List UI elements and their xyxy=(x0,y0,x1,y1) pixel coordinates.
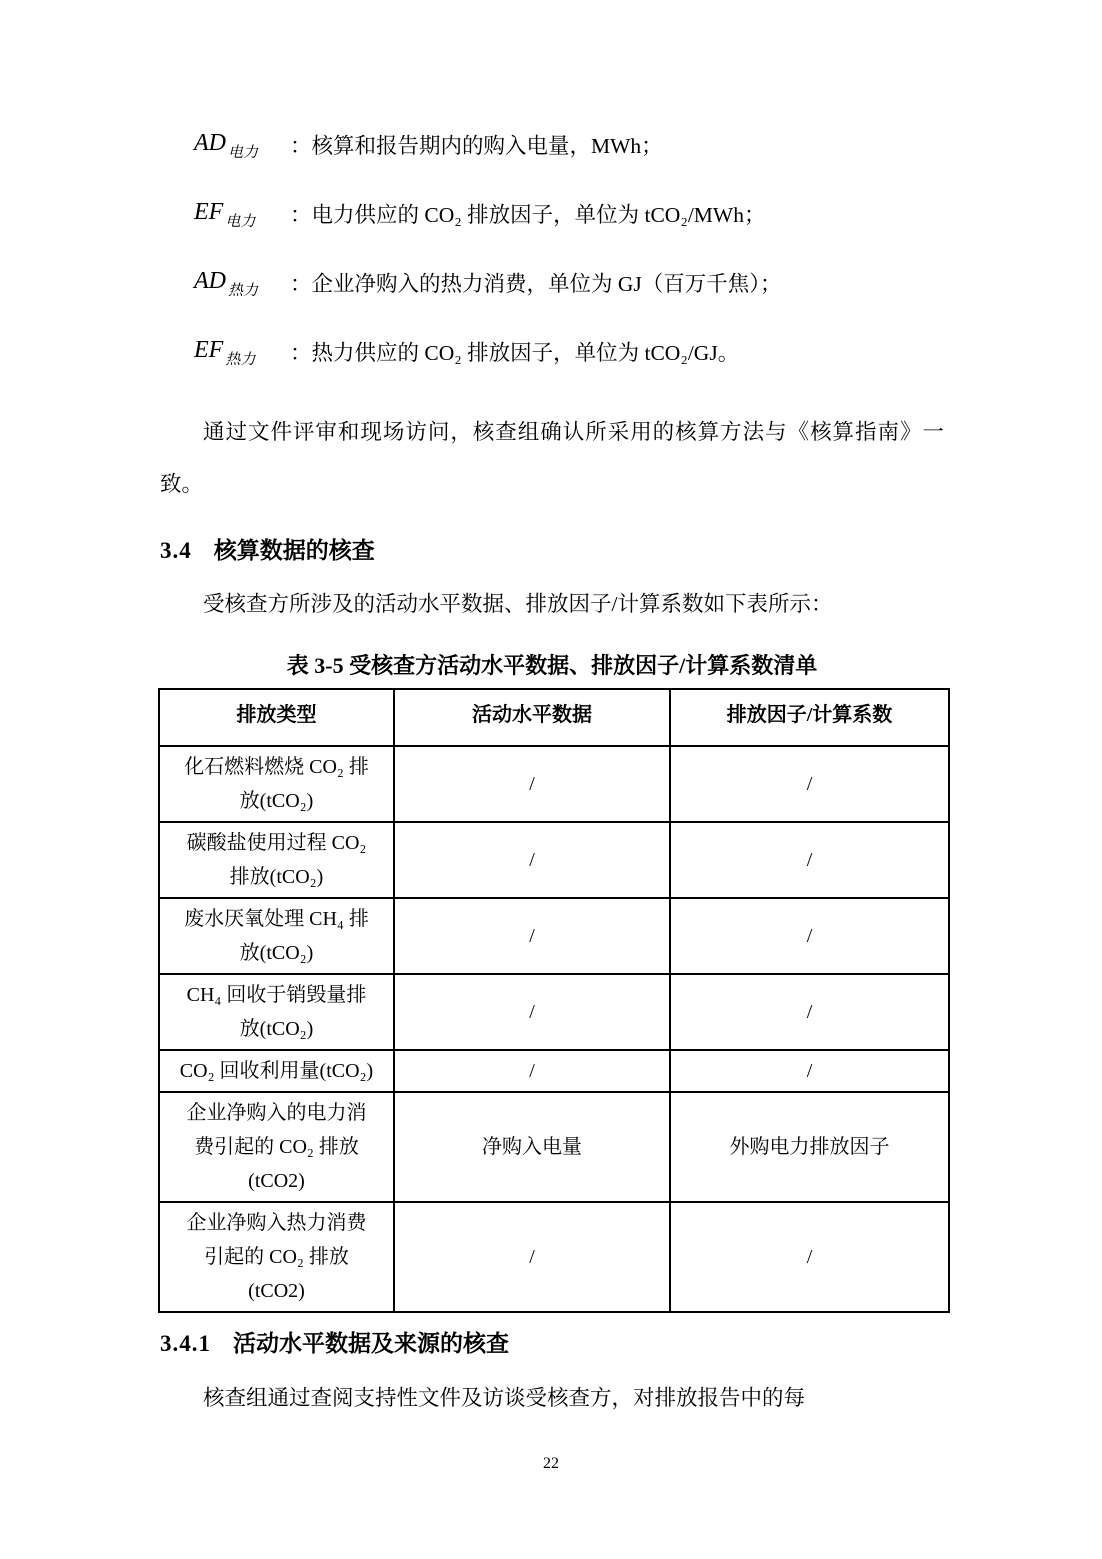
cell-emission-type: 企业净购入的电力消 费引起的 CO₂ 排放 (tCO2) xyxy=(159,1092,394,1202)
document-page: AD电力 ：核算和报告期内的购入电量，MWh； EF电力 ：电力供应的 CO₂ … xyxy=(0,0,1102,1559)
definition-item: AD热力 ：企业净购入的热力消费，单位为 GJ（百万千焦）； xyxy=(194,268,944,300)
definition-text: ：电力供应的 CO₂ 排放因子，单位为 tCO₂/MWh； xyxy=(290,199,765,231)
cell-emission-factor: 外购电力排放因子 xyxy=(670,1092,949,1202)
cell-emission-type: 企业净购入热力消费 引起的 CO₂ 排放 (tCO2) xyxy=(159,1202,394,1312)
cell-activity-data: / xyxy=(394,746,670,822)
table-row: 企业净购入热力消费 引起的 CO₂ 排放 (tCO2) / / xyxy=(159,1202,949,1312)
definition-list: AD电力 ：核算和报告期内的购入电量，MWh； EF电力 ：电力供应的 CO₂ … xyxy=(194,130,944,369)
cell-emission-type: 碳酸盐使用过程 CO₂ 排放(tCO₂) xyxy=(159,822,394,898)
cell-activity-data: 净购入电量 xyxy=(394,1092,670,1202)
cell-emission-factor: / xyxy=(670,746,949,822)
header-emission-type: 排放类型 xyxy=(159,689,394,746)
definition-text: ：热力供应的 CO₂ 排放因子，单位为 tCO₂/GJ。 xyxy=(290,337,739,369)
table-header-row: 排放类型 活动水平数据 排放因子/计算系数 xyxy=(159,689,949,746)
definition-item: EF电力 ：电力供应的 CO₂ 排放因子，单位为 tCO₂/MWh； xyxy=(194,199,944,231)
definition-text: ：企业净购入的热力消费，单位为 GJ（百万千焦）； xyxy=(290,268,782,300)
term-symbol: AD xyxy=(194,268,226,294)
table-caption: 表 3-5 受核查方活动水平数据、排放因子/计算系数清单 xyxy=(160,649,944,680)
term-subscript: 热力 xyxy=(225,352,255,368)
cell-emission-type: 化石燃料燃烧 CO₂ 排 放(tCO₂) xyxy=(159,746,394,822)
term-symbol: EF xyxy=(194,337,223,363)
section-number: 3.4.1 xyxy=(160,1331,211,1357)
header-emission-factor: 排放因子/计算系数 xyxy=(670,689,949,746)
table-row: CH₄ 回收于销毁量排 放(tCO₂) / / xyxy=(159,974,949,1050)
header-activity-data: 活动水平数据 xyxy=(394,689,670,746)
page-number: 22 xyxy=(0,1455,1102,1473)
definition-term: AD电力 xyxy=(194,130,290,157)
cell-activity-data: / xyxy=(394,1202,670,1312)
table-row: CO₂ 回收利用量(tCO₂) / / xyxy=(159,1050,949,1092)
table-row: 化石燃料燃烧 CO₂ 排 放(tCO₂) / / xyxy=(159,746,949,822)
table-row: 碳酸盐使用过程 CO₂ 排放(tCO₂) / / xyxy=(159,822,949,898)
cell-activity-data: / xyxy=(394,974,670,1050)
cell-emission-type: CH₄ 回收于销毁量排 放(tCO₂) xyxy=(159,974,394,1050)
section-title: 活动水平数据及来源的核查 xyxy=(233,1325,509,1358)
term-subscript: 热力 xyxy=(228,283,258,299)
term-subscript: 电力 xyxy=(225,214,255,230)
definition-item: EF热力 ：热力供应的 CO₂ 排放因子，单位为 tCO₂/GJ。 xyxy=(194,337,944,369)
cell-activity-data: / xyxy=(394,1050,670,1092)
section-title: 核算数据的核查 xyxy=(214,532,375,565)
section-heading-3-4-1: 3.4.1 活动水平数据及来源的核查 xyxy=(160,1325,944,1358)
definition-term: AD热力 xyxy=(194,268,290,295)
definition-term: EF电力 xyxy=(194,199,290,226)
cell-emission-factor: / xyxy=(670,822,949,898)
definition-term: EF热力 xyxy=(194,337,290,364)
activity-data-table: 排放类型 活动水平数据 排放因子/计算系数 化石燃料燃烧 CO₂ 排 放(tCO… xyxy=(158,688,950,1313)
term-subscript: 电力 xyxy=(228,145,258,161)
cell-activity-data: / xyxy=(394,898,670,974)
definition-text: ：核算和报告期内的购入电量，MWh； xyxy=(290,130,663,162)
section-number: 3.4 xyxy=(160,538,192,564)
paragraph-table-intro: 受核查方所涉及的活动水平数据、排放因子/计算系数如下表所示： xyxy=(160,575,944,633)
section-heading-3-4: 3.4 核算数据的核查 xyxy=(160,532,944,565)
cell-emission-factor: / xyxy=(670,1202,949,1312)
cell-emission-factor: / xyxy=(670,898,949,974)
cell-emission-type: 废水厌氧处理 CH₄ 排 放(tCO₂) xyxy=(159,898,394,974)
cell-emission-type: CO₂ 回收利用量(tCO₂) xyxy=(159,1050,394,1092)
paragraph-verification-process: 核查组通过查阅支持性文件及访谈受核查方，对排放报告中的每 xyxy=(160,1372,944,1424)
table-row: 废水厌氧处理 CH₄ 排 放(tCO₂) / / xyxy=(159,898,949,974)
cell-emission-factor: / xyxy=(670,974,949,1050)
cell-activity-data: / xyxy=(394,822,670,898)
term-symbol: EF xyxy=(194,199,223,225)
cell-emission-factor: / xyxy=(670,1050,949,1092)
table-row: 企业净购入的电力消 费引起的 CO₂ 排放 (tCO2) 净购入电量 外购电力排… xyxy=(159,1092,949,1202)
definition-item: AD电力 ：核算和报告期内的购入电量，MWh； xyxy=(194,130,944,162)
term-symbol: AD xyxy=(194,130,226,156)
paragraph-method-confirmation: 通过文件评审和现场访问，核查组确认所采用的核算方法与《核算指南》一致。 xyxy=(160,406,944,510)
